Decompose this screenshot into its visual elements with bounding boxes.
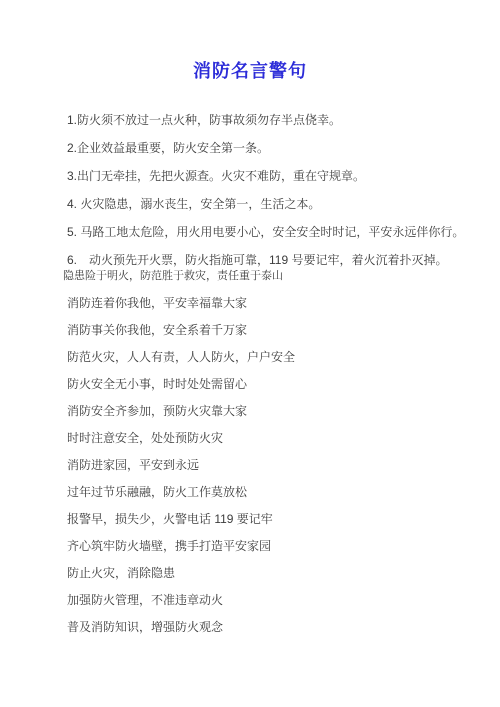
quote-line: 防范火灾，人人有责，人人防火，户户安全 bbox=[67, 351, 460, 363]
quote-line: 齐心筑牢防火墙壁，携手打造平安家园 bbox=[67, 540, 460, 552]
quote-line: 2.企业效益最重要，防火安全第一条。 bbox=[67, 142, 460, 154]
quote-line: 消防连着你我他，平安幸福靠大家 bbox=[67, 297, 460, 309]
quote-line: 时时注意安全，处处预防火灾 bbox=[67, 432, 460, 444]
quotes-list: 1.防火须不放过一点火种，防事故须勿存半点侥幸。2.企业效益最重要，防火安全第一… bbox=[0, 82, 500, 633]
quote-line: 消防安全齐参加，预防火灾靠大家 bbox=[67, 405, 460, 417]
quote-line: 3.出门无牵挂，先把火源查。火灾不难防，重在守规章。 bbox=[67, 170, 460, 182]
quote-line: 加强防火管理，不准违章动火 bbox=[67, 594, 460, 606]
quote-line: 6. 动火预先开火票，防火指施可靠，119 号要记牢，着火沉着扑灭掉。 bbox=[67, 254, 460, 266]
page-title: 消防名言警句 bbox=[0, 0, 500, 82]
quote-line: 普及消防知识，增强防火观念 bbox=[67, 621, 460, 633]
quote-line: 过年过节乐融融，防火工作莫放松 bbox=[67, 486, 460, 498]
document-page: 消防名言警句 1.防火须不放过一点火种，防事故须勿存半点侥幸。2.企业效益最重要… bbox=[0, 0, 500, 707]
quote-line: 4. 火灾隐患，溺水丧生，安全第一，生活之本。 bbox=[67, 198, 460, 210]
quote-line: 防止火灾，消除隐患 bbox=[67, 567, 460, 579]
quote-line: 报警早，损失少，火警电话 119 要记牢 bbox=[67, 513, 460, 525]
quote-line: 消防进家园，平安到永远 bbox=[67, 459, 460, 471]
quote-line: 防火安全无小事，时时处处需留心 bbox=[67, 378, 460, 390]
quote-line: 消防事关你我他，安全系着千万家 bbox=[67, 324, 460, 336]
quote-line: 5. 马路工地太危险，用火用电要小心，安全安全时时记，平安永远伴你行。 bbox=[67, 226, 460, 238]
quote-line: 1.防火须不放过一点火种，防事故须勿存半点侥幸。 bbox=[67, 114, 460, 126]
quote-line: 隐患险于明火，防范胜于救灾，责任重于泰山 bbox=[63, 270, 460, 282]
